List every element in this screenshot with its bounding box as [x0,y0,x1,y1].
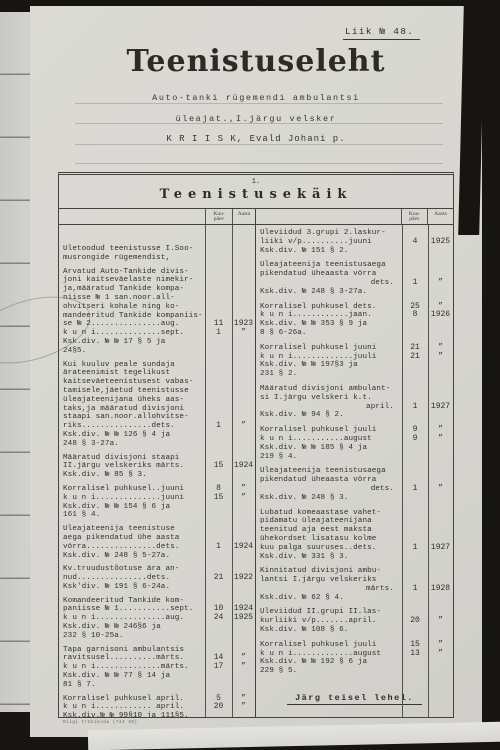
entry-year: ” [428,435,453,444]
entry-line: ja,määratud Tankide kompa- [59,285,255,294]
entry-year [428,658,453,667]
day-label: päev [206,217,232,223]
entry-text: joni kaitseväelaste nimekir- [59,276,205,285]
section-title: Teenistusekäik [59,187,453,202]
entry-day [205,378,232,387]
entry-year [232,347,255,356]
entry-year [232,276,255,285]
entry-day [402,517,428,526]
entry-day [205,405,232,414]
entry-year: ” [428,279,453,288]
entry-text: april. [256,403,402,412]
entry-text: dets. [256,279,402,288]
entry-year [428,411,453,420]
entry-line: Arvatud Auto-Tankide divis- [59,268,255,277]
entry-text: riks...............dets. [59,422,205,431]
entry-day [205,632,232,641]
entry-line: si I.järgu velskeri k.t. [256,394,453,403]
entry-text: k u n i..............sept. [59,329,205,338]
entry-year: ” [428,617,453,626]
entry-line: k u n i............jaan.81926 [256,311,453,320]
entry-day [402,329,428,338]
entry-year: 1924 [232,462,255,471]
entry-text: paniisse № 1...........sept. [59,605,205,614]
entry-day: 9 [402,435,428,444]
entry-text: ühekordset lisatasu kolme [256,535,402,544]
column-header-year: Aasta [427,209,453,224]
entry-text: Kinnitatud divisjoni ambu- [256,567,402,576]
entry-line: ravitsusel..........märts.14” [59,654,255,663]
entry-line: Ksk.div. № № 192 § 6 ja [256,658,453,667]
entry-text: 219 § 4. [256,453,402,462]
entry-text: Määratud divisjoni staapi [59,454,205,463]
entry-year [232,511,255,520]
entry-line: ärateenimist tegelikust [59,369,255,378]
entry-line: II.järgu velskeriks märts.151924 [59,462,255,471]
entry-day: 15 [205,494,232,503]
entry-line: Ksk.div. № 248 § 5-27a. [59,552,255,561]
entry-year: 1926 [428,311,453,320]
entry-year [428,361,453,370]
entry-day [402,444,428,453]
entry-day [205,431,232,440]
entry-day [205,471,232,480]
entry-day [205,338,232,347]
entry-text: Ksk.div. № № 192 § 6 ja [256,658,402,667]
entry-text: Ksk.div. № № 197§3 ja [256,361,402,370]
entry-day [402,453,428,462]
entry-year [232,712,255,717]
entry-text: mandeeritud Tankide kompaniis- [59,312,205,321]
entry-line: 8 § 6-26a. [256,329,453,338]
form-number: Liik № 48. [343,26,420,40]
entry-day: 24 [205,614,232,623]
entry-line: Korralisel puhkusel..juuni8” [59,485,255,494]
entry-day [402,320,428,329]
section-number: 1. [59,175,453,186]
entry-line: mandeeritud Tankide kompaniis- [59,312,255,321]
service-entry: Kinnitatud divisjoni ambu-lantsi I.järgu… [256,567,453,602]
entry-year [232,623,255,632]
entry-line: paniisse № 1...........sept.101924 [59,605,255,614]
entry-year [232,369,255,378]
service-entry: Lubatud komeaastase vahet-pidamatu üleaj… [256,509,453,562]
entry-day [205,303,232,312]
entry-day [402,494,428,503]
entry-text: 231 § 2. [256,370,402,379]
entry-text: Komandeeritud Tankide kom- [59,597,205,606]
entry-line: Ksk.div. № № 246§6 ja [59,623,255,632]
entry-year: ” [232,663,255,672]
entry-year [428,567,453,576]
column-header-year: Aasta [232,209,255,224]
service-entry: Kui kuuluv peale sundajaärateenimist teg… [59,361,255,449]
entry-text: ärateenimist tegelikust [59,369,205,378]
entry-text: ravitsusel..........märts. [59,654,205,663]
entry-year [428,320,453,329]
entry-text: Uletoodud teenistusse I.Soo- [59,245,205,254]
entry-line: Ksk.div. № 331 § 3. [256,553,453,562]
entry-line: Ksk'div. № 191 § 6-24a. [59,583,255,592]
service-entry: Uleviidud 3.grupi 2.laskur-liiki v/p....… [256,229,453,255]
entry-year [232,431,255,440]
entry-year [428,667,453,676]
entry-day [402,467,428,476]
entry-text: Ksk.div. № 331 § 3. [256,553,402,562]
entry-day [402,658,428,667]
entry-year [232,387,255,396]
column-header-day: Kuu- päev [401,209,427,224]
entry-line: staapi san.noor.allohvitse- [59,413,255,422]
document-title: Teenistuseleht [30,44,482,79]
entry-line: dets.1” [256,485,453,494]
ruled-line [75,144,443,145]
entry-year [232,338,255,347]
entry-text: staapi san.noor.allohvitse- [59,413,205,422]
entry-day [205,672,232,681]
entry-text: k u n i..............juuni [59,494,205,503]
service-entry: Uleajateenija teenistusaegapikendatud üh… [256,467,453,502]
entry-line: Komandeeritud Tankide kom- [59,597,255,606]
entry-day [205,387,232,396]
entry-day [402,594,428,603]
entry-day: 1 [402,403,428,412]
ruled-line [75,163,443,164]
entry-line: k u n i.............juuli21” [256,353,453,362]
entry-year [232,552,255,561]
entry-text: Ksk.div. № № 185 § 4 ja [256,444,402,453]
service-entry: Korralisel puhkusel april.5”k u n i.....… [59,695,255,717]
entry-text: Ksk.div. № 108 § 6. [256,626,402,635]
entry-text: Tapa garnisoni ambulantsis [59,646,205,655]
entry-line: k u n i..............sept.1” [59,329,255,338]
entry-day [205,347,232,356]
entry-line: Ksk.div. № № 197§3 ja [256,361,453,370]
entry-line: se № 2...............aug.111923 [59,320,255,329]
entry-year [428,517,453,526]
entry-day: 1 [205,329,232,338]
entry-text: Ksk.div. № № 17 § 5 ja [59,338,205,347]
entry-day [402,247,428,256]
entry-line: 248 § 3-27a. [59,440,255,449]
entry-text: Korralisel puhkusel juuli [256,641,402,650]
entry-text: pikendatud üheaasta vörra [256,270,402,279]
entry-text: Arvatud Auto-Tankide divis- [59,268,205,277]
entry-text: Korralisel puhkusel..juuni [59,485,205,494]
entry-text: Ksk.div. № 94 § 2. [256,411,402,420]
entry-line: pikendatud üheaasta vörra [256,270,453,279]
entry-line: 232 § 10-25a. [59,632,255,641]
entry-text: k u n i..............märts. [59,663,205,672]
entry-text: ohvitseri kohale ning ko- [59,303,205,312]
entry-day [205,276,232,285]
entry-text: ja,määratud Tankide kompa- [59,285,205,294]
entry-year [428,494,453,503]
entry-year [232,525,255,534]
entry-day: 17 [205,663,232,672]
entry-day [205,503,232,512]
entry-text: Ksk.div.№ № 99§10 ja 111§5. [59,712,205,717]
service-entry: Korralisel puhkusel juuli15”k u n i.....… [256,641,453,676]
entry-day [205,511,232,520]
entry-text: vörra...............dets. [59,543,205,552]
entry-line: Lubatud komeaastase vahet- [256,509,453,518]
entry-day: 1 [402,585,428,594]
service-entry: Kv.truudustõotuse ära an-nud............… [59,565,255,591]
entry-text: Ksk.div. № 85 § 3. [59,471,205,480]
entry-text: k u n i............ april. [59,703,205,712]
entry-text: Uleviidud II.grupi II.las- [256,608,402,617]
entry-year [232,503,255,512]
entry-text: Määratud divisjoni ambulant- [256,385,402,394]
entry-year: ” [428,353,453,362]
entry-year [428,444,453,453]
entry-line: Ksk.div. № 94 § 2. [256,411,453,420]
entry-day [402,288,428,297]
entry-line: kurliiki v/p.......april.20” [256,617,453,626]
table-section-header: 1. Teenistusekäik [59,175,453,208]
entry-year [232,632,255,641]
entry-day [402,509,428,518]
entry-text: Ksk.div. № № 77 § 14 ja [59,672,205,681]
entry-text: kaitseväeteenistusest vabas- [59,378,205,387]
entry-text: 8 § 6-26a. [256,329,402,338]
entry-day [402,667,428,676]
rank-line: üleajat.,I.järgu velsker [30,114,482,124]
entry-line: Ksk.div. № № 126 § 4 ja [59,431,255,440]
entry-line: pidamatu üleajateenijana [256,517,453,526]
entry-text: Korralisel puhkusel april. [59,695,205,704]
entry-text: Kv.truudustõotuse ära an- [59,565,205,574]
entry-day: 1 [205,422,232,431]
entry-day [205,268,232,277]
entry-line: Ksk.div. № № 185 § 4 ja [256,444,453,453]
printer-imprint: Riigi trükikoda (744 30) [63,720,137,725]
entry-line: joni kaitseväelaste nimekir- [59,276,255,285]
entry-line: ühekordset lisatasu kolme [256,535,453,544]
entry-line: k u n i...........august9” [256,435,453,444]
entry-line: Uleajateenija teenistusaega [256,467,453,476]
entry-text: Uleajateenija teenistuse [59,525,205,534]
entry-text: si I.järgu velskeri k.t. [256,394,402,403]
entry-day [205,681,232,690]
entry-day: 20 [205,703,232,712]
entry-line: Korralisel puhkusel juuni21” [256,344,453,353]
entry-line: Ksk.div. № 248 § 3-27a. [256,288,453,297]
entry-year [428,329,453,338]
entry-text: Ksk.div. № 248 § 3-27a. [256,288,402,297]
entry-text: k u n i.............juuli [256,353,402,362]
entry-year [232,396,255,405]
entry-line: k u n i..............märts.17” [59,663,255,672]
service-entry: Uleajateenija teenistusaegapikendatud üh… [256,261,453,296]
entry-line: Kui kuuluv peale sundaja [59,361,255,370]
service-entry: Arvatud Auto-Tankide divis-joni kaitsevä… [59,268,255,356]
entry-text: II.järgu velskeriks märts. [59,462,205,471]
service-entry: Määratud divisjoni ambulant-si I.järgu v… [256,385,453,420]
entry-text: tamisele,jäetud teenistusse [59,387,205,396]
entry-day [402,411,428,420]
entry-line: Määratud divisjoni staapi [59,454,255,463]
entry-year [428,467,453,476]
entry-line: Ksk.div. № 151 § 2. [256,247,453,256]
entry-year: ” [232,329,255,338]
entry-text: 81 § 7. [59,681,205,690]
entry-line: Uleviidud II.grupi II.las- [256,608,453,617]
entry-day [205,396,232,405]
entry-line: Ksk.div. № № 154 § 6 ja [59,503,255,512]
entry-day: 8 [402,311,428,320]
unit-line: Auto-tanki rügemendi ambulantsi [30,93,482,103]
entry-year: 1928 [428,585,453,594]
entry-year [428,553,453,562]
entry-day [402,567,428,576]
entry-line: Korralisel puhkusel dets.25” [256,303,453,312]
entry-year: 1924 [232,543,255,552]
entry-line: niisse № 1 san.noor.all- [59,294,255,303]
entry-text: lantsi I.järgu velskeriks [256,576,402,585]
entry-year [428,594,453,603]
entry-line: Ksk.div.№ № 99§10 ja 111§5. [59,712,255,717]
entry-line: Ksk.div. № № 353 § 9 ja [256,320,453,329]
entry-year: ” [232,703,255,712]
service-entry: Uletoodud teenistusse I.Soo-musrongide r… [59,245,255,263]
entry-text: k u n i...............aug. [59,614,205,623]
entry-text: Korralisel puhkusel juuli [256,426,402,435]
entry-year [428,261,453,270]
service-entry: Määratud divisjoni staapiII.järgu velske… [59,454,255,480]
entry-line: Ksk.div. № 85 § 3. [59,471,255,480]
entry-text: Korralisel puhkusel dets. [256,303,402,312]
entry-day: 21 [205,574,232,583]
entry-line: 24§5. [59,347,255,356]
continuation-note: Järg teisel lehel. [256,687,453,705]
entry-line: Uleajateenija teenistuse [59,525,255,534]
entry-text: k u n i.............august [256,650,402,659]
entry-day [402,370,428,379]
entry-year [232,405,255,414]
entry-text: Ksk.div. № 248 § 5-27a. [59,552,205,561]
document-page: Liik № 48. Teenistuseleht Auto-tanki rüg… [30,6,482,737]
entry-text: taks,ja määratud divisjoni [59,405,205,414]
ruled-line [75,103,443,104]
entry-day: 1 [402,485,428,494]
entry-year [232,583,255,592]
entry-day [205,361,232,370]
service-entry: Korralisel puhkusel..juuni8”k u n i.....… [59,485,255,520]
entry-text: k u n i............jaan. [256,311,402,320]
entry-line: 81 § 7. [59,681,255,690]
entry-day [205,623,232,632]
entry-text: 229 § 5. [256,667,402,676]
entry-year [232,294,255,303]
entry-year [428,288,453,297]
entry-line: Uleviidud 3.grupi 2.laskur- [256,229,453,238]
entry-day [402,626,428,635]
entry-day [205,254,232,263]
entry-line: dets.1” [256,279,453,288]
entry-year: 1925 [428,238,453,247]
entry-day: 21 [402,353,428,362]
entry-year [428,247,453,256]
service-entry: Uleajateenija teenistuseaega pikendatud … [59,525,255,560]
entry-year [232,378,255,387]
entry-line: Korralisel puhkusel juuli15” [256,641,453,650]
entry-line: Kinnitatud divisjoni ambu- [256,567,453,576]
entry-text: Uleajateenija teenistusaega [256,467,402,476]
entry-text: üleajateenijana üheks aas- [59,396,205,405]
entry-line: Uleajateenija teenistusaega [256,261,453,270]
service-entry: Tapa garnisoni ambulantsisravitsusel....… [59,646,255,690]
entry-day [402,553,428,562]
entry-day [402,261,428,270]
entry-text: kurliiki v/p.......april. [256,617,402,626]
entry-line: Ksk.div. № № 17 § 5 ja [59,338,255,347]
entry-text: Kui kuuluv peale sundaja [59,361,205,370]
entries-column-right: Uleviidud 3.grupi 2.laskur-liiki v/p....… [255,225,453,717]
entry-line: k u n i.............august13” [256,650,453,659]
entry-text: se № 2...............aug. [59,320,205,329]
entry-day [402,361,428,370]
entry-text: 24§5. [59,347,205,356]
entry-line: Ksk.div. № № 77 § 14 ja [59,672,255,681]
entry-line: k u n i..............juuni15” [59,494,255,503]
entry-line: tamisele,jäetud teenistusse [59,387,255,396]
entry-year [232,361,255,370]
column-divider [428,225,429,717]
entry-line: 231 § 2. [256,370,453,379]
entry-line: kuu palga suuruses..dets.11927 [256,544,453,553]
entry-text: märts. [256,585,402,594]
entry-line: riks...............dets.1” [59,422,255,431]
entry-line: Ksk.div. № 62 § 4. [256,594,453,603]
entry-year [232,440,255,449]
entry-text: Uleajateenija teenistusaega [256,261,402,270]
entry-day [205,245,232,254]
entry-year [428,526,453,535]
table-body: Uletoodud teenistusse I.Soo-musrongide r… [59,225,453,717]
column-divider [402,225,403,717]
entry-line: märts.11928 [256,585,453,594]
entry-text: Ksk.div. № № 154 § 6 ja [59,503,205,512]
entry-year [428,509,453,518]
service-entry: Uleviidud II.grupi II.las-kurliiki v/p..… [256,608,453,634]
entry-line: üleajateenijana üheks aas- [59,396,255,405]
entry-year [232,672,255,681]
entry-text: 161 § 4. [59,511,205,520]
column-divider [232,225,233,717]
column-divider [205,225,206,717]
entry-text: 232 § 10-25a. [59,632,205,641]
entry-year: ” [428,650,453,659]
entry-text: niisse № 1 san.noor.all- [59,294,205,303]
entry-day [205,294,232,303]
column-header-row: Kuu- päev Aasta Kuu- päev Aasta [59,208,453,225]
entry-text: Ksk.div. № № 353 § 9 ja [256,320,402,329]
day-label: päev [402,217,427,223]
entry-line: k u n i............ april.20” [59,703,255,712]
entries-column-left: Uletoodud teenistusse I.Soo-musrongide r… [59,225,255,717]
entry-year [232,285,255,294]
entry-year [428,626,453,635]
service-entry: Korralisel puhkusel juuni21”k u n i.....… [256,344,453,379]
entry-text: aega pikendatud ühe aasta [59,534,205,543]
entry-text: liiki v/p..........juuni [256,238,402,247]
entry-text: nud...............dets. [59,574,205,583]
entry-day [205,440,232,449]
entry-line: pikendatud üheaasta vörra [256,476,453,485]
entry-line: musrongide rügemendist, [59,254,255,263]
